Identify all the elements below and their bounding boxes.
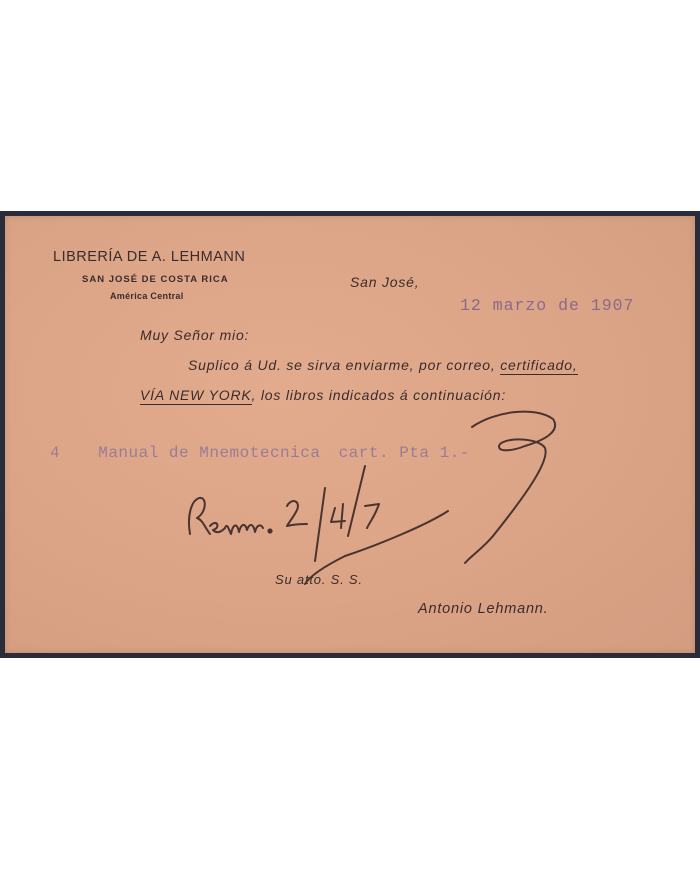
letter-body-line-2: VÍA NEW YORK, los libros indicados á con… <box>140 387 506 403</box>
scanned-postcard: LIBRERÍA DE A. LEHMANN SAN JOSÉ DE COSTA… <box>0 211 700 658</box>
letter-date: 12 marzo de 1907 <box>460 296 634 315</box>
item-qty: 4 <box>50 444 60 462</box>
certificado-underlined: certificado, <box>500 357 577 375</box>
body-line-1-text: Suplico á Ud. se sirva enviarme, por cor… <box>188 357 500 373</box>
postcard: LIBRERÍA DE A. LEHMANN SAN JOSÉ DE COSTA… <box>5 216 695 653</box>
handwritten-date <box>287 501 307 526</box>
letterhead-name: LIBRERÍA DE A. LEHMANN <box>53 249 245 265</box>
order-item-row: 4 Manual de Mnemotecnica cart. Pta 1.- <box>50 444 470 462</box>
letter-greeting: Muy Señor mio: <box>140 327 249 343</box>
handwritten-mark-3 <box>465 412 555 563</box>
letter-place: San José, <box>350 274 419 290</box>
letter-closing: Su atto. S. S. <box>275 572 363 587</box>
item-price: Pta 1.- <box>399 444 470 462</box>
letter-body-line-1: Suplico á Ud. se sirva enviarme, por cor… <box>188 357 578 373</box>
body-line-2-text: , los libros indicados á continuación: <box>252 387 507 403</box>
letterhead-region: América Central <box>110 291 184 301</box>
letterhead-city: SAN JOSÉ DE COSTA RICA <box>82 274 229 285</box>
via-new-york-underlined: VÍA NEW YORK <box>140 387 252 405</box>
item-title: Manual de Mnemotecnica <box>98 444 320 462</box>
letter-signature: Antonio Lehmann. <box>418 601 549 617</box>
handwritten-rem <box>189 498 210 534</box>
item-binding: cart. <box>339 444 390 462</box>
